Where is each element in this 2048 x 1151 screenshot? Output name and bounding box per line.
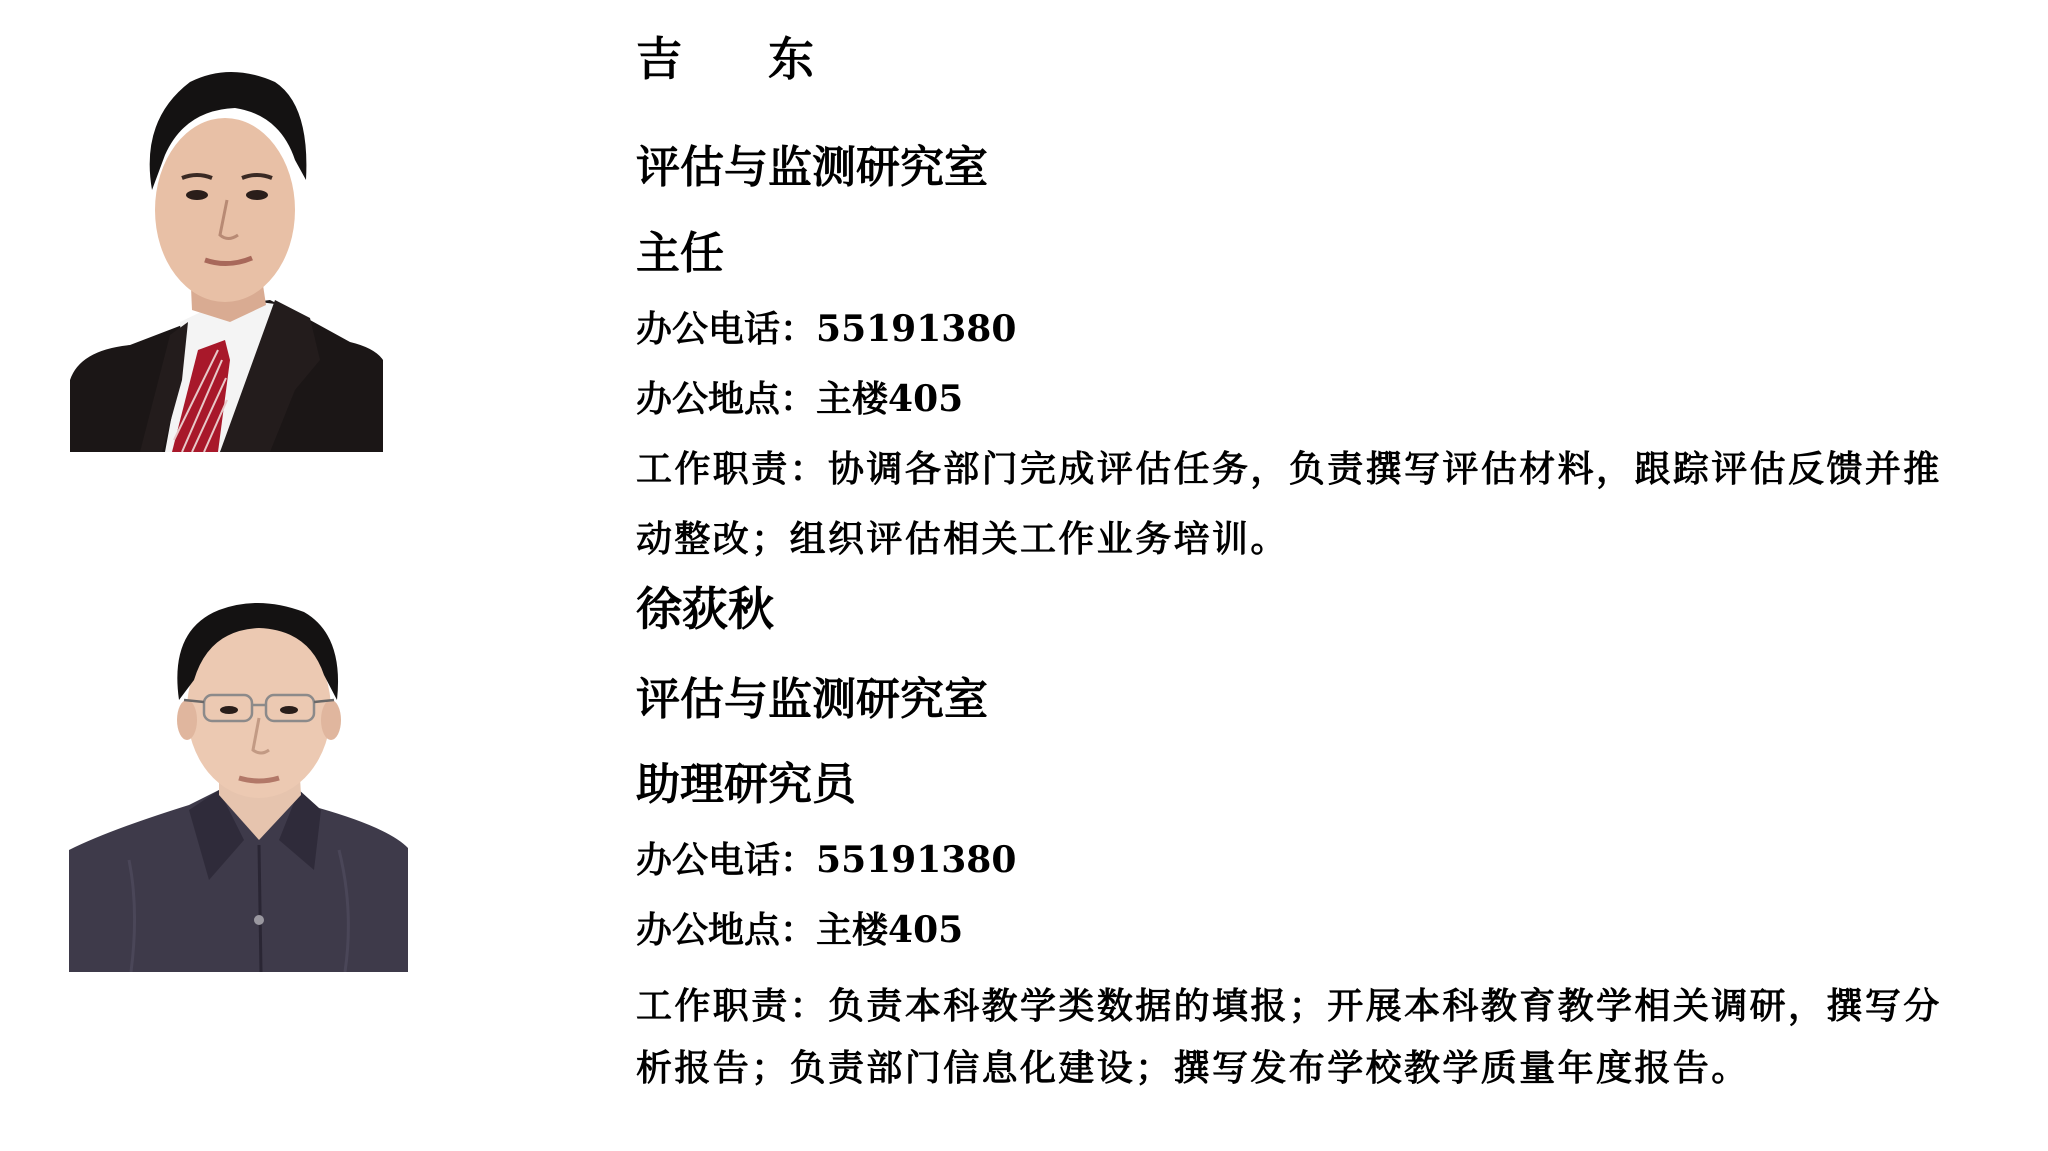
office-phone-value: 55191380 xyxy=(816,308,1016,350)
department: 评估与监测研究室 xyxy=(636,146,988,190)
duties-text: 协调各部门完成评估任务，负责撰写评估材料，跟踪评估反馈并推 xyxy=(828,449,1942,490)
person-name: 吉 东 xyxy=(636,36,834,82)
portrait-photo-ji-dong xyxy=(70,60,383,452)
office-location-label: 办公地点： xyxy=(636,910,816,951)
office-phone-value: 55191380 xyxy=(816,839,1016,881)
portrait-photo-xu-diqiu xyxy=(69,590,408,972)
office-location-row: 办公地点：主楼405 xyxy=(636,912,963,949)
department: 评估与监测研究室 xyxy=(636,678,988,722)
job-title: 主任 xyxy=(636,232,724,276)
duties-line-2: 析报告；负责部门信息化建设；撰写发布学校教学质量年度报告。 xyxy=(636,1051,1750,1087)
office-phone-row: 办公电话：55191380 xyxy=(636,311,1016,348)
job-title: 助理研究员 xyxy=(636,763,856,807)
office-location-value: 主楼405 xyxy=(816,909,963,951)
office-location-label: 办公地点： xyxy=(636,379,816,420)
office-phone-label: 办公电话： xyxy=(636,309,816,350)
duties-line-1: 工作职责：协调各部门完成评估任务，负责撰写评估材料，跟踪评估反馈并推 xyxy=(636,452,1942,488)
office-phone-row: 办公电话：55191380 xyxy=(636,842,1016,879)
office-location-value: 主楼405 xyxy=(816,378,963,420)
duties-label: 工作职责： xyxy=(636,986,828,1027)
duties-line-2: 动整改；组织评估相关工作业务培训。 xyxy=(636,522,1289,558)
office-location-row: 办公地点：主楼405 xyxy=(636,381,963,418)
office-phone-label: 办公电话： xyxy=(636,840,816,881)
duties-label: 工作职责： xyxy=(636,449,828,490)
duties-line-1: 工作职责：负责本科教学类数据的填报；开展本科教育教学相关调研，撰写分 xyxy=(636,989,1942,1025)
portrait-image xyxy=(70,60,383,452)
portrait-image xyxy=(69,590,408,972)
duties-text: 负责本科教学类数据的填报；开展本科教育教学相关调研，撰写分 xyxy=(828,986,1942,1027)
person-name: 徐荻秋 xyxy=(636,586,774,632)
